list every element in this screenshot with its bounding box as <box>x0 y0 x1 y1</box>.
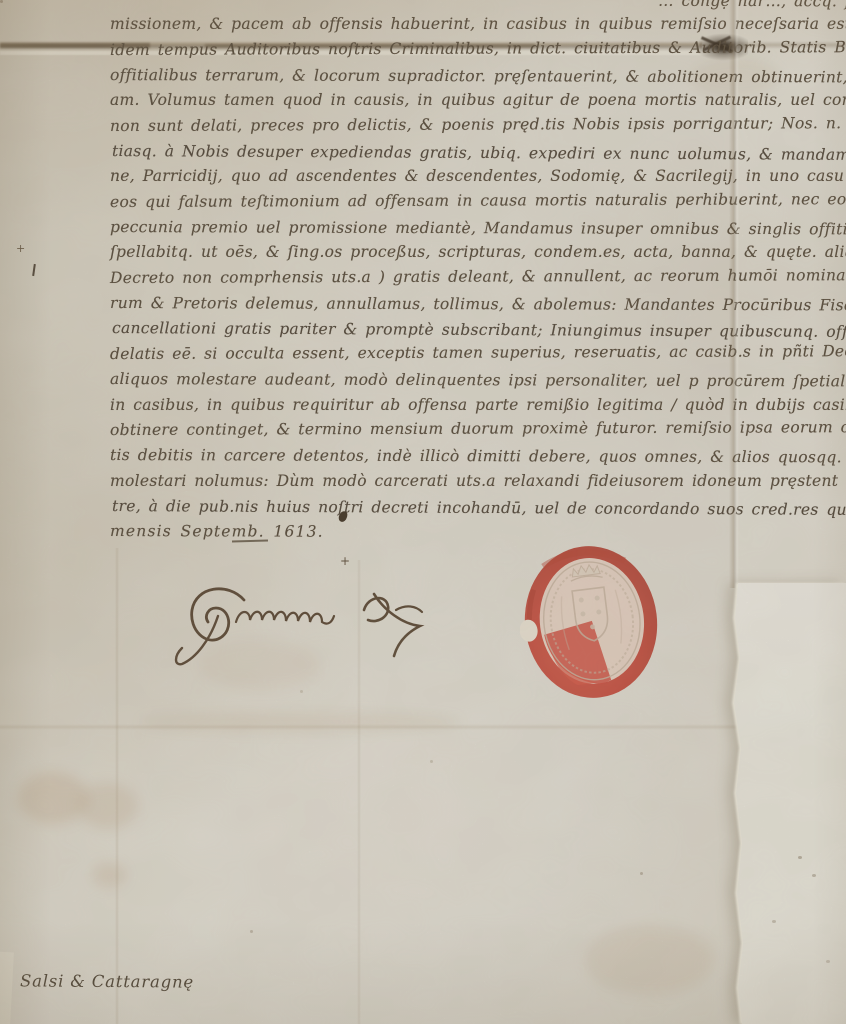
signature-ranutius-dux <box>158 566 458 676</box>
paper-speck <box>0 0 3 3</box>
stain <box>92 862 126 888</box>
stain <box>140 712 460 732</box>
under-sheet-specks <box>798 856 802 859</box>
stain <box>18 772 88 824</box>
stain <box>585 925 715 995</box>
manuscript-photo: … congẹ har…, accq. ſertem, si a mission… <box>0 0 846 1024</box>
red-wax-seal <box>520 543 662 701</box>
torn-edge-wrap <box>724 583 846 1024</box>
stain <box>78 783 138 829</box>
vertical-fold-crease <box>729 0 739 588</box>
under-sheet <box>724 583 846 1024</box>
annotation-caption: Salsi & Cattaragnę <box>20 971 194 998</box>
margin-cross-mark: + <box>16 242 30 256</box>
